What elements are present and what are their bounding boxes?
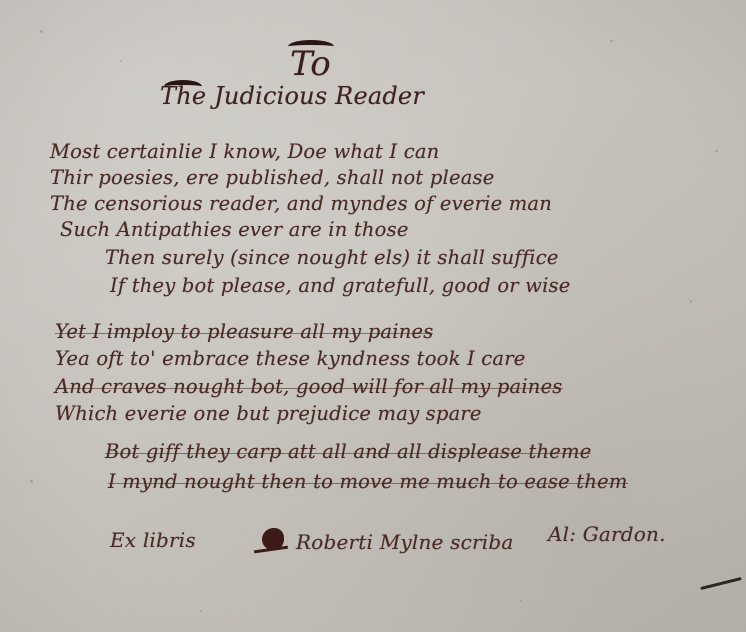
flourish-stroke (164, 80, 202, 93)
verse-line-7: Yet I imploy to pleasure all my paines (55, 320, 433, 343)
verse-line-5: Then surely (since nought els) it shall … (105, 246, 559, 269)
paper-speck (40, 30, 43, 33)
paper-speck (715, 150, 718, 152)
verse-line-8: Yea oft to' embrace these kyndness took … (55, 347, 526, 370)
verse-line-3: The censorious reader, and myndes of eve… (50, 192, 552, 215)
manuscript-page: To The Judicious Reader Most certainlie … (0, 0, 746, 632)
owner-signature: Roberti Mylne scriba (296, 530, 514, 554)
verse-line-12: I mynd nought then to move me much to ea… (108, 470, 628, 493)
heading-title: The Judicious Reader (160, 82, 424, 110)
paper-speck (200, 610, 202, 612)
heading-to: To (290, 44, 331, 84)
verse-line-6: If they bot please, and gratefull, good … (110, 274, 570, 297)
paper-speck (610, 40, 613, 42)
paper-speck (520, 600, 522, 602)
paper-speck (120, 60, 122, 62)
verse-line-4: Such Antipathies ever are in those (60, 218, 409, 241)
verse-line-2: Thir poesies, ere published, shall not p… (50, 166, 494, 189)
author-signature: Al: Gardon. (548, 522, 666, 546)
paper-speck (690, 300, 692, 303)
verse-line-10: Which everie one but prejudice may spare (55, 402, 482, 425)
verse-line-9: And craves nought bot, good will for all… (55, 375, 563, 398)
pen-mark (700, 577, 741, 590)
verse-line-1: Most certainlie I know, Doe what I can (50, 140, 439, 163)
paper-speck (30, 480, 33, 483)
ex-libris-text: Ex libris (110, 528, 196, 552)
flourish-stroke (288, 40, 334, 53)
verse-line-11: Bot giff they carp att all and all displ… (105, 440, 591, 463)
